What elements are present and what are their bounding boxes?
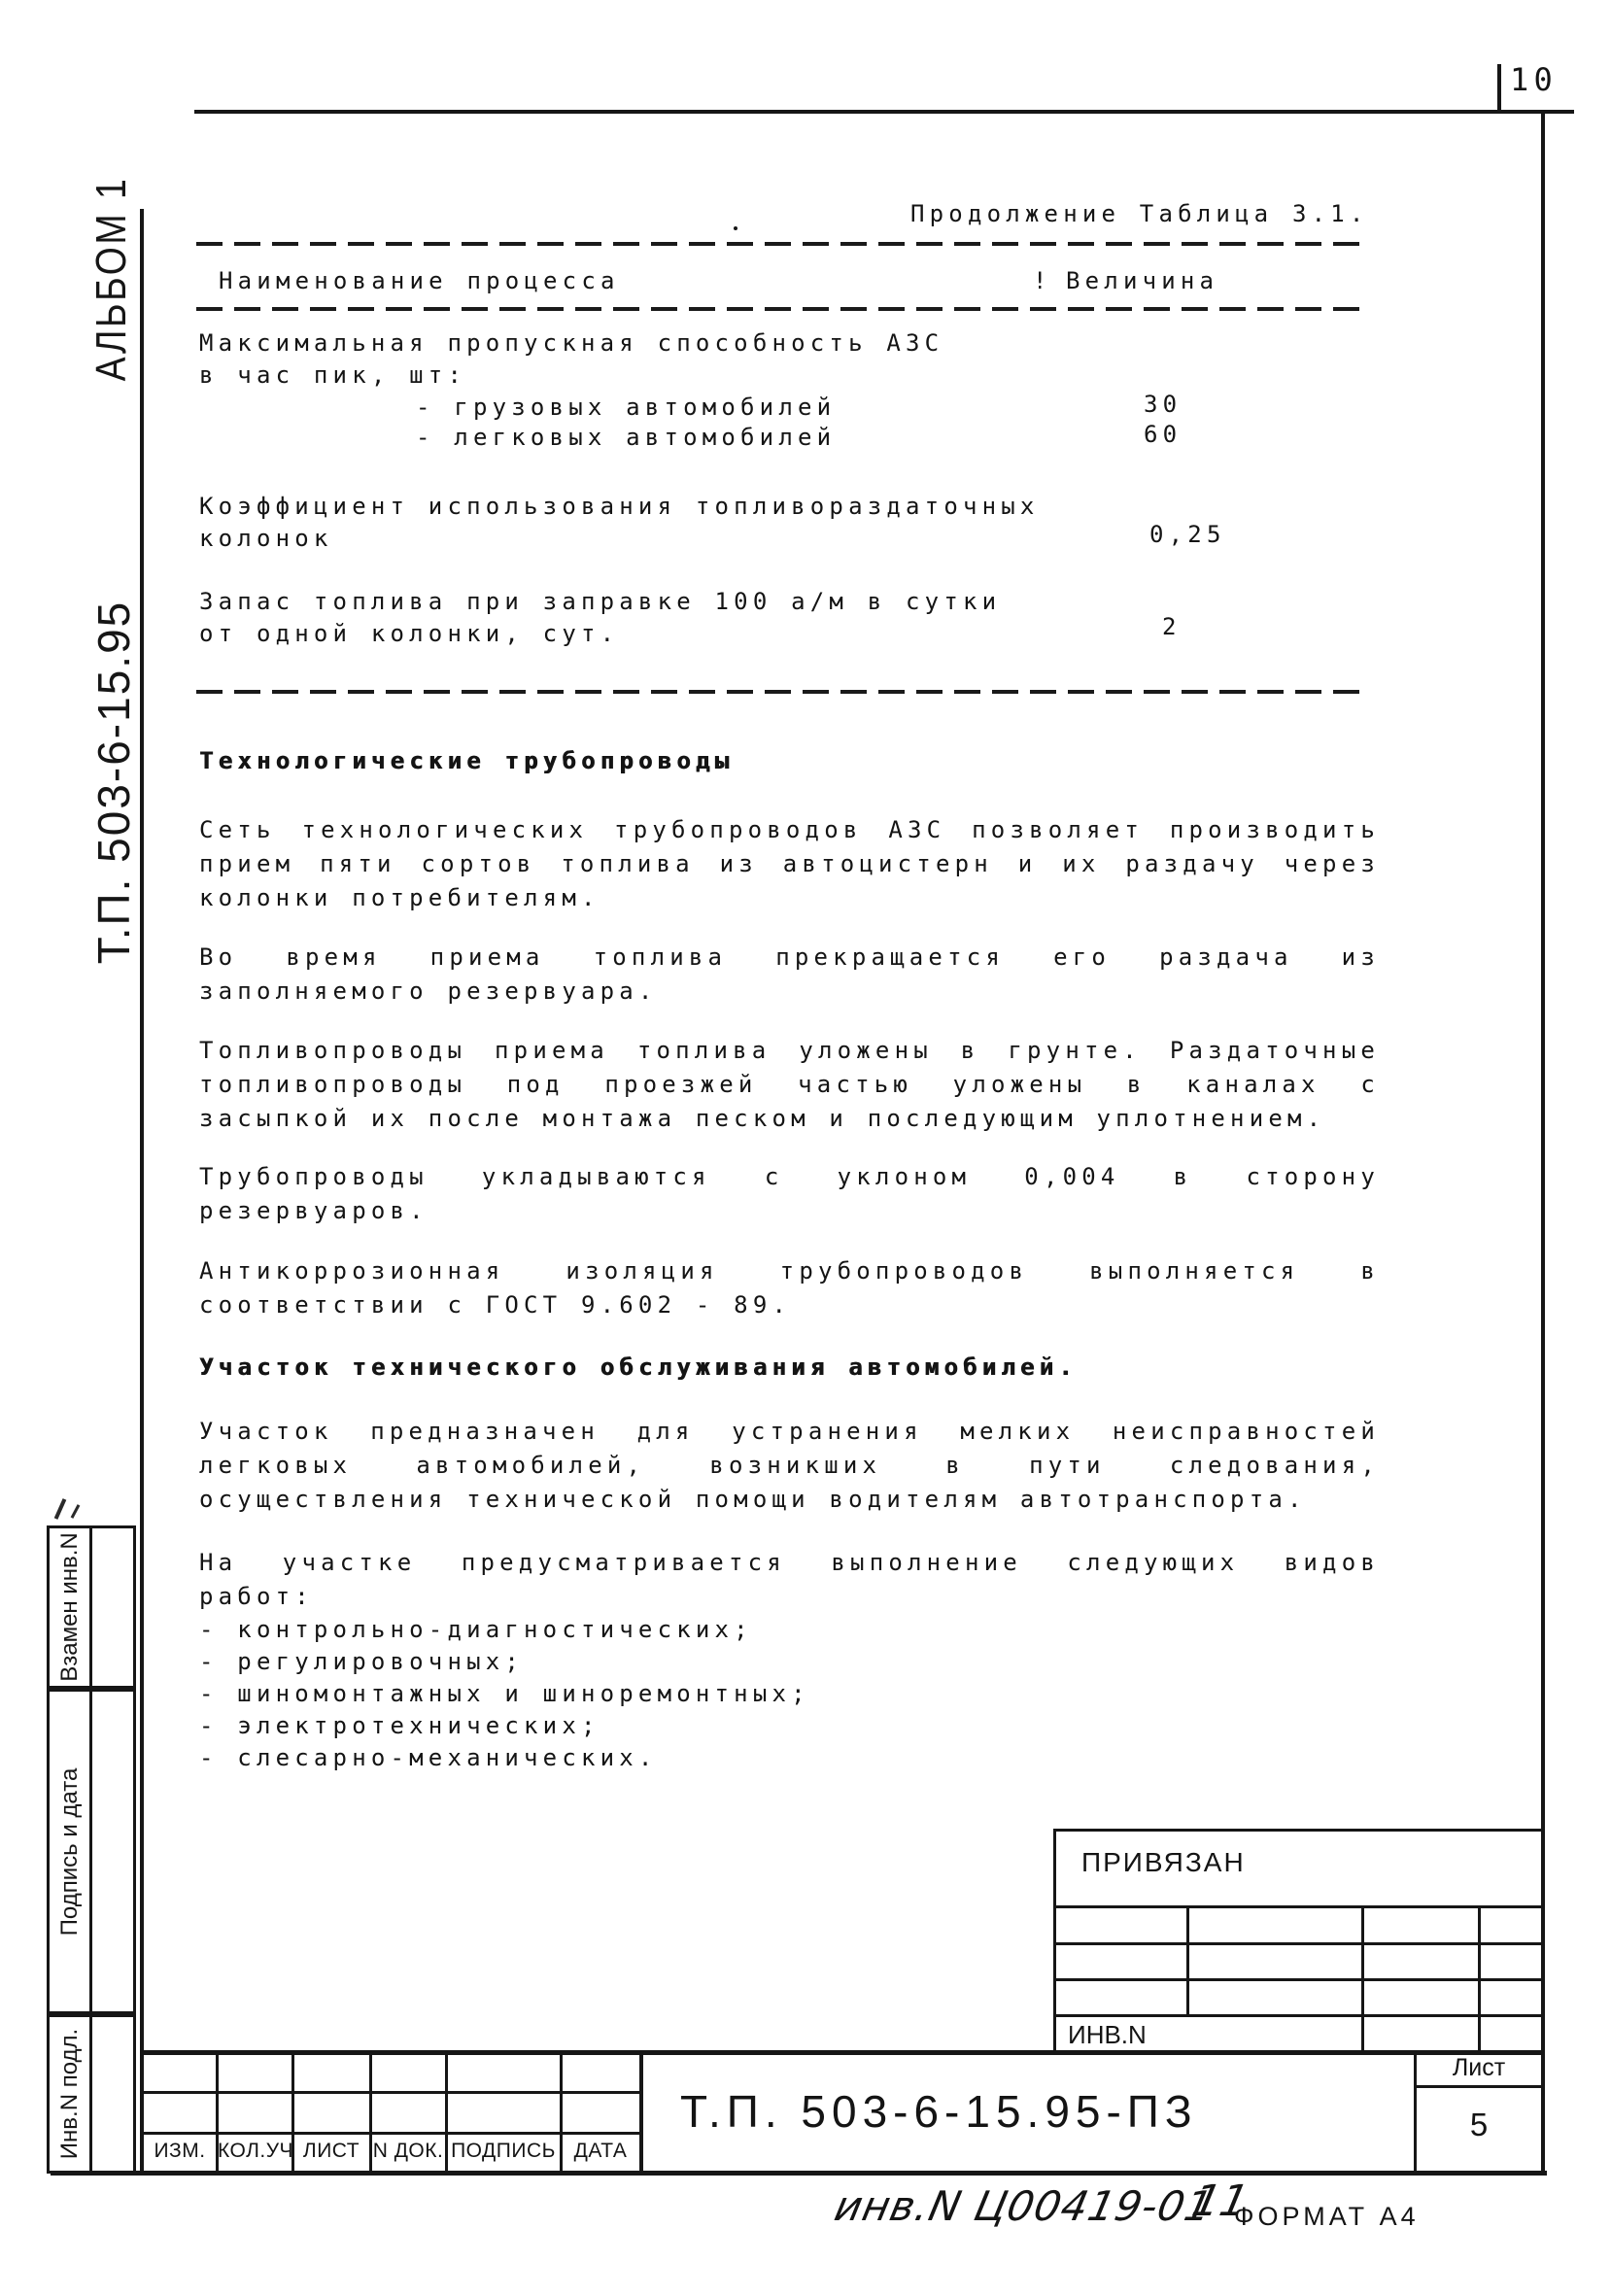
text-line: осуществления технической помощи водител… <box>199 1483 1380 1517</box>
stamp-box-zamen: Взамен инв.N <box>47 1525 136 1689</box>
stamp-label-inv: Инв.N подл. <box>56 2029 84 2159</box>
revision-col-list: ЛИСТ <box>293 2140 369 2163</box>
revision-col-izm: ИЗМ. <box>144 2140 216 2163</box>
table-header-value: Величина <box>1066 267 1218 294</box>
section-heading-service: Участок технического обслуживания автомо… <box>199 1351 1380 1385</box>
doc-code-vertical-label: Т.П. 503-6-15.95 <box>87 600 140 964</box>
list-item: - слесарно-механических. <box>199 1742 1380 1774</box>
paragraph: Участок предназначен для устранения мелк… <box>199 1415 1380 1517</box>
text-line: Антикоррозионная изоляция трубопроводов … <box>199 1254 1380 1288</box>
text-line: Топливопроводы приема топлива уложены в … <box>199 1034 1380 1068</box>
grid-line <box>1056 1942 1542 1945</box>
scan-speck <box>734 226 737 230</box>
row-reserve-value: 2 <box>1162 613 1182 640</box>
handwritten-inventory-number: инв.N Ц00419-01 <box>831 2182 1217 2230</box>
row-capacity-item2-value: 60 <box>1144 421 1182 448</box>
titleblock-top-rule <box>142 2050 1545 2055</box>
scanned-document-page: 10 АЛЬБОМ 1 Т.П. 503-6-15.95 Продолжение… <box>0 0 1611 2296</box>
grid-line <box>1056 1905 1542 1908</box>
paragraph: Во время приема топлива прекращается его… <box>199 941 1380 1009</box>
grid-line <box>1056 1978 1542 1981</box>
stamp-label-podpis: Подпись и дата <box>56 1767 84 1936</box>
sheet-number: 5 <box>1417 2107 1541 2143</box>
paragraph: На участке предусматривается выполнение … <box>199 1546 1380 1614</box>
grid-line <box>1361 1905 1364 2051</box>
row-utilization-line1: Коэффициент использования топливораздато… <box>199 493 1040 520</box>
grid-line <box>1478 1905 1481 2051</box>
text-line: соответствии с ГОСТ 9.602 - 89. <box>199 1288 1380 1322</box>
stamp-divider <box>89 1528 92 1686</box>
list-item: - контрольно-диагностических; <box>199 1614 1380 1646</box>
paragraph: Антикоррозионная изоляция трубопроводов … <box>199 1254 1380 1322</box>
table-rule-header <box>196 307 1362 311</box>
row-reserve-line1: Запас топлива при заправке 100 а/м в сут… <box>199 588 1001 615</box>
list-item: - шиномонтажных и шиноремонтных; <box>199 1678 1380 1710</box>
stamp-box-inv: Инв.N подл. <box>47 2014 136 2174</box>
format-label: ФОРМАТ А4 <box>1234 2202 1420 2232</box>
row-utilization-line2: колонок <box>199 525 333 552</box>
left-frame-line <box>140 209 144 2175</box>
titleblock-line <box>639 2050 643 2171</box>
revision-col-koluch: КОЛ.УЧ <box>218 2140 291 2163</box>
table-rule-bottom <box>196 690 1362 694</box>
text-line: засыпкой их после монтажа песком и после… <box>199 1102 1380 1136</box>
handwritten-mark <box>71 1504 81 1519</box>
table-header-separator: ! <box>1033 267 1052 294</box>
top-rule <box>194 110 1574 114</box>
row-capacity-item1-value: 30 <box>1144 391 1182 418</box>
text-line: легковых автомобилей, возникших в пути с… <box>199 1449 1380 1483</box>
top-tick-line <box>1497 64 1501 114</box>
revision-col-ndok: N ДОК. <box>371 2140 445 2163</box>
table-rule-top <box>196 242 1362 246</box>
list-item: - электротехнических; <box>199 1710 1380 1742</box>
revision-col-data: ДАТА <box>562 2140 639 2163</box>
row-capacity-line1: Максимальная пропускная способность АЗС <box>199 329 943 357</box>
titleblock-line <box>1417 2085 1541 2088</box>
text-line: заполняемого резервуара. <box>199 975 1380 1009</box>
table-caption: Продолжение Таблица 3.1. <box>910 200 1369 227</box>
text-line: прием пяти сортов топлива из автоцистерн… <box>199 847 1380 881</box>
text-line: работ: <box>199 1580 1380 1614</box>
section-heading-pipelines: Технологические трубопроводы <box>199 744 1380 778</box>
row-capacity-item2: - легковых автомобилей <box>416 424 836 451</box>
sheet-label: Лист <box>1417 2054 1541 2082</box>
row-capacity-line2: в час пик, шт: <box>199 361 466 389</box>
handwritten-mark <box>54 1498 67 1520</box>
bottom-rule <box>51 2171 1547 2176</box>
stamp-divider <box>89 1692 92 2011</box>
text-line: Сеть технологических трубопроводов АЗС п… <box>199 813 1380 847</box>
row-reserve-line2: от одной колонки, сут. <box>199 620 619 647</box>
page-number: 10 <box>1510 66 1558 93</box>
titleblock-line <box>142 2132 639 2135</box>
row-capacity-item1: - грузовых автомобилей <box>416 394 836 421</box>
stamp-divider <box>89 2017 92 2171</box>
text-line: На участке предусматривается выполнение … <box>199 1546 1380 1580</box>
stamp-label-zamen: Взамен инв.N <box>56 1532 84 1682</box>
doc-number: Т.П. 503-6-15.95-ПЗ <box>680 2085 1198 2138</box>
privyazan-box: ПРИВЯЗАН ИНВ.N <box>1053 1829 1545 2054</box>
titleblock-line <box>142 2091 639 2094</box>
privyazan-label: ПРИВЯЗАН <box>1081 1847 1246 1878</box>
table-header-name: Наименование процесса <box>219 267 620 294</box>
text-line: топливопроводы под проезжей частью уложе… <box>199 1068 1380 1102</box>
text-line: резервуаров. <box>199 1194 1380 1228</box>
text-line: Трубопроводы укладываются с уклоном 0,00… <box>199 1160 1380 1194</box>
text-line: колонки потребителям. <box>199 881 1380 915</box>
text-line: Участок предназначен для устранения мелк… <box>199 1415 1380 1449</box>
paragraph: Топливопроводы приема топлива уложены в … <box>199 1034 1380 1136</box>
stamp-box-podpis: Подпись и дата <box>47 1689 136 2014</box>
row-utilization-value: 0,25 <box>1149 521 1226 548</box>
grid-line <box>1186 1905 1189 2017</box>
album-label: АЛЬБОМ 1 <box>87 177 136 382</box>
paragraph: Трубопроводы укладываются с уклоном 0,00… <box>199 1160 1380 1228</box>
list-item: - регулировочных; <box>199 1646 1380 1678</box>
revision-col-podpis: ПОДПИСЬ <box>447 2140 560 2163</box>
grid-line <box>1056 2014 1542 2017</box>
inv-n-label: ИНВ.N <box>1068 2020 1147 2050</box>
paragraph: Сеть технологических трубопроводов АЗС п… <box>199 813 1380 915</box>
body-text: Технологические трубопроводы Сеть технол… <box>199 744 1380 1774</box>
text-line: Во время приема топлива прекращается его… <box>199 941 1380 975</box>
work-types-list: - контрольно-диагностических; - регулиро… <box>199 1614 1380 1774</box>
